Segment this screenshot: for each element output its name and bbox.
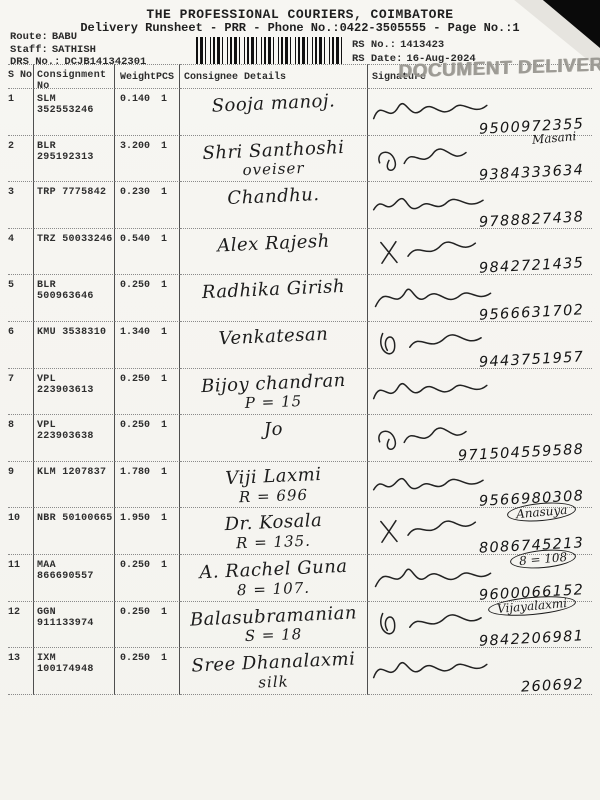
cell-consignee-details: Jo — [180, 415, 368, 462]
cell-weight-pcs: 1.950 1 — [115, 508, 180, 555]
consignee-name-handwritten: Sooja manoj. — [180, 91, 368, 118]
cell-s-no: 7 — [8, 369, 34, 416]
pcs-value: 1 — [161, 327, 167, 338]
col-header-weight: Weight — [120, 72, 156, 83]
weight-value: 1.950 — [120, 513, 150, 524]
cell-consignment-no: BLR 295192313 — [34, 136, 115, 183]
cell-consignment-no: IXM 100174948 — [34, 648, 115, 695]
cell-consignee-details: Venkatesan — [180, 322, 368, 369]
pcs-value: 1 — [161, 513, 167, 524]
pcs-value: 1 — [161, 374, 167, 385]
weight-value: 0.230 — [120, 187, 150, 198]
col-header-weight-pcs: Weight PCS — [115, 64, 180, 89]
cell-consignment-no: NBR 50100665 — [34, 508, 115, 555]
cell-weight-pcs: 0.250 1 — [115, 648, 180, 695]
cell-consignee-details: Sree Dhanalaxmi silk — [180, 648, 368, 695]
runsheet-scanned-page: THE PROFESSIONAL COURIERS, COIMBATORE De… — [0, 0, 600, 800]
route-label: Route: — [10, 31, 48, 43]
cell-signature: 8 = 108 9600066152 — [368, 555, 592, 602]
cell-s-no: 6 — [8, 322, 34, 369]
pcs-value: 1 — [161, 141, 167, 152]
pcs-value: 1 — [161, 607, 167, 618]
cell-consignment-no: MAA 866690557 — [34, 555, 115, 602]
cell-s-no: 10 — [8, 508, 34, 555]
staff-line: Staff:SATHISH — [10, 44, 150, 57]
cell-s-no: 9 — [8, 462, 34, 509]
cell-signature: 9443751957 — [368, 322, 592, 369]
col-header-s-no: S No — [8, 64, 34, 89]
consignee-name-handwritten: Chandhu. — [180, 184, 368, 211]
cell-signature: 9788827438 — [368, 182, 592, 229]
pcs-value: 1 — [161, 187, 167, 198]
cell-weight-pcs: 0.250 1 — [115, 602, 180, 649]
cell-consignment-no: GGN 911133974 — [34, 602, 115, 649]
col-header-pcs: PCS — [156, 72, 174, 83]
pcs-value: 1 — [161, 560, 167, 571]
staff-value: SATHISH — [52, 44, 96, 56]
pcs-value: 1 — [161, 94, 167, 105]
cell-weight-pcs: 1.780 1 — [115, 462, 180, 509]
weight-value: 0.250 — [120, 653, 150, 664]
col-header-consignment-no: Consignment No — [34, 64, 115, 89]
pcs-value: 1 — [161, 420, 167, 431]
cell-signature: 9566980308 — [368, 462, 592, 509]
cell-signature: 971504559588 — [368, 415, 592, 462]
runsheet-table: S No Consignment No Weight PCS Consignee… — [8, 64, 592, 695]
cell-signature: 9566631702 — [368, 275, 592, 322]
weight-value: 0.250 — [120, 607, 150, 618]
weight-value: 0.250 — [120, 560, 150, 571]
staff-label: Staff: — [10, 44, 48, 56]
cell-consignment-no: TRZ 50033246 — [34, 229, 115, 276]
cell-s-no: 11 — [8, 555, 34, 602]
col-header-consignee: Consignee Details — [180, 64, 368, 89]
rs-no-line: RS No.:1413423 — [352, 39, 480, 53]
cell-consignment-no: KLM 1207837 — [34, 462, 115, 509]
pcs-value: 1 — [161, 653, 167, 664]
cell-consignee-details: Radhika Girish — [180, 275, 368, 322]
cell-consignment-no: BLR 500963646 — [34, 275, 115, 322]
pcs-value: 1 — [161, 280, 167, 291]
consignee-name-handwritten: Venkatesan — [180, 324, 368, 351]
cell-consignee-details: Sooja manoj. — [180, 89, 368, 136]
cell-weight-pcs: 0.250 1 — [115, 369, 180, 416]
route-value: BABU — [52, 31, 77, 43]
weight-value: 1.780 — [120, 467, 150, 478]
cell-signature: Vijayalaxmi 9842206981 — [368, 602, 592, 649]
cell-consignment-no: TRP 7775842 — [34, 182, 115, 229]
runsheet-meta-left: Route:BABU Staff:SATHISH DRS No.:DCJB141… — [10, 31, 150, 69]
cell-signature: 9842721435 — [368, 229, 592, 276]
signature-phone-handwritten: 260692 — [520, 676, 584, 695]
cell-s-no: 13 — [8, 648, 34, 695]
cell-weight-pcs: 3.200 1 — [115, 136, 180, 183]
cell-consignee-details: Viji Laxmi R = 696 — [180, 462, 368, 509]
cell-weight-pcs: 0.250 1 — [115, 275, 180, 322]
cell-signature — [368, 369, 592, 416]
cell-weight-pcs: 0.250 1 — [115, 415, 180, 462]
rs-no-label: RS No.: — [352, 39, 396, 51]
cell-consignee-details: Alex Rajesh — [180, 229, 368, 276]
pcs-value: 1 — [161, 234, 167, 245]
barcode — [196, 37, 344, 64]
cell-signature: 9500972355 — [368, 89, 592, 136]
cell-consignee-details: Chandhu. — [180, 182, 368, 229]
weight-value: 0.250 — [120, 420, 150, 431]
cell-consignment-no: KMU 3538310 — [34, 322, 115, 369]
cell-consignment-no: SLM 352553246 — [34, 89, 115, 136]
cell-weight-pcs: 0.230 1 — [115, 182, 180, 229]
cell-s-no: 1 — [8, 89, 34, 136]
signature-scribble — [368, 651, 500, 691]
cell-consignee-details: Shri Santhoshi oveiser — [180, 136, 368, 183]
pcs-value: 1 — [161, 467, 167, 478]
cell-s-no: 8 — [8, 415, 34, 462]
weight-value: 0.250 — [120, 280, 150, 291]
consignee-name-handwritten: Jo — [180, 417, 368, 444]
consignee-name-handwritten: Radhika Girish — [180, 277, 368, 304]
rs-no-value: 1413423 — [400, 39, 444, 51]
weight-value: 1.340 — [120, 327, 150, 338]
cell-s-no: 3 — [8, 182, 34, 229]
rs-date-label: RS Date: — [352, 53, 402, 65]
signature-note-handwritten: Masani — [531, 129, 576, 147]
signature-scribble — [368, 372, 500, 412]
cell-signature: Anasuya 8086745213 — [368, 508, 592, 555]
route-line: Route:BABU — [10, 31, 150, 44]
cell-consignee-details: Dr. Kosala R = 135. — [180, 508, 368, 555]
consignee-name-handwritten: Alex Rajesh — [180, 231, 368, 258]
cell-weight-pcs: 0.250 1 — [115, 555, 180, 602]
weight-value: 0.140 — [120, 94, 150, 105]
cell-s-no: 5 — [8, 275, 34, 322]
cell-weight-pcs: 0.140 1 — [115, 89, 180, 136]
cell-weight-pcs: 1.340 1 — [115, 322, 180, 369]
cell-weight-pcs: 0.540 1 — [115, 229, 180, 276]
cell-signature: Masani 9384333634 — [368, 136, 592, 183]
weight-value: 0.250 — [120, 374, 150, 385]
cell-consignment-no: VPL 223903638 — [34, 415, 115, 462]
cell-consignee-details: Bijoy chandran P = 15 — [180, 369, 368, 416]
cell-consignee-details: A. Rachel Guna 8 = 107. — [180, 555, 368, 602]
company-title: THE PROFESSIONAL COURIERS, COIMBATORE — [0, 7, 600, 22]
cell-s-no: 2 — [8, 136, 34, 183]
cell-s-no: 12 — [8, 602, 34, 649]
weight-value: 0.540 — [120, 234, 150, 245]
cell-consignment-no: VPL 223903613 — [34, 369, 115, 416]
cell-s-no: 4 — [8, 229, 34, 276]
cell-signature: 260692 — [368, 648, 592, 695]
weight-value: 3.200 — [120, 141, 150, 152]
cell-consignee-details: Balasubramanian S = 18 — [180, 602, 368, 649]
